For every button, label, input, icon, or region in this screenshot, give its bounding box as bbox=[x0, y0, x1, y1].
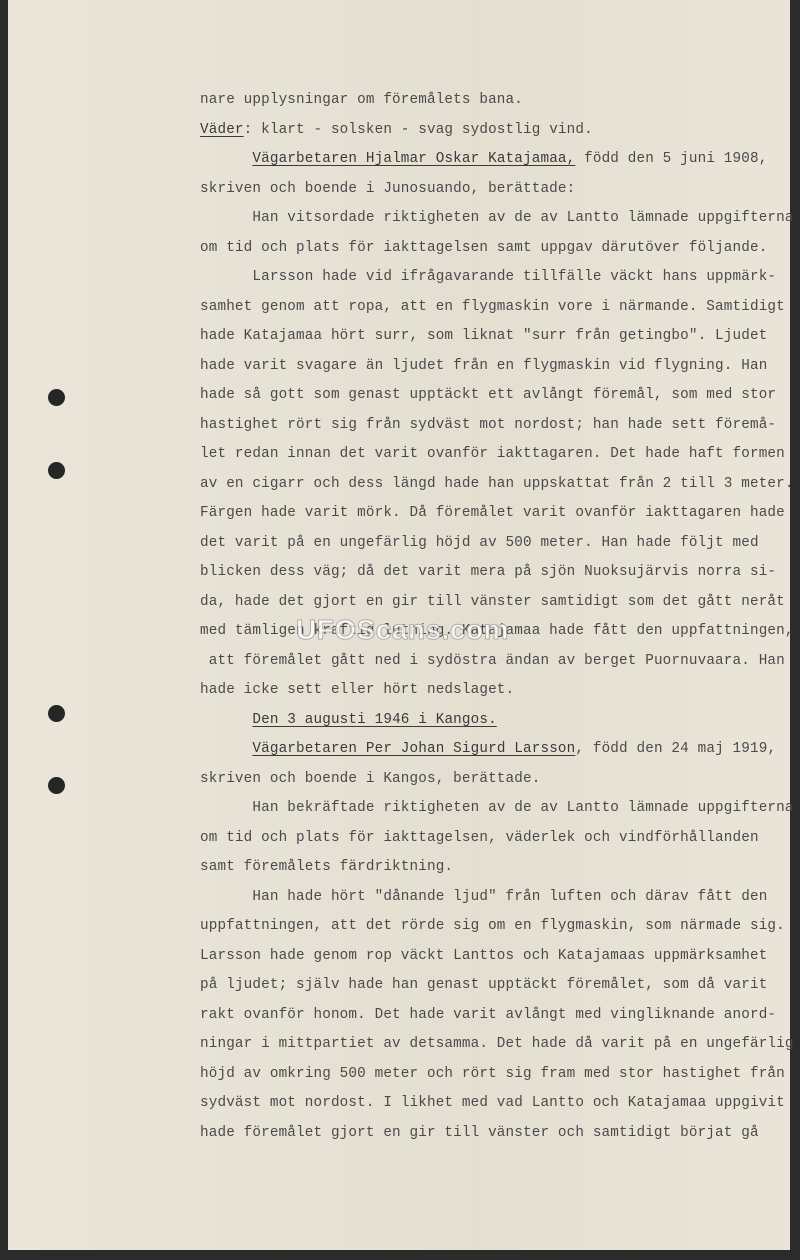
punch-hole-icon bbox=[48, 389, 65, 406]
underlined-heading: Väder bbox=[200, 122, 244, 138]
text-segment: hade icke sett eller hört nedslaget. bbox=[200, 682, 514, 698]
text-line: Väder: klart - solsken - svag sydostlig … bbox=[200, 116, 800, 146]
text-segment: hastighet rört sig från sydväst mot nord… bbox=[200, 417, 776, 433]
text-segment: da, hade det gjort en gir till vänster s… bbox=[200, 594, 785, 610]
text-line: det varit på en ungefärlig höjd av 500 m… bbox=[200, 529, 800, 559]
text-line: Han bekräftade riktigheten av de av Lant… bbox=[200, 794, 800, 824]
text-line: Vägarbetaren Hjalmar Oskar Katajamaa, fö… bbox=[200, 145, 800, 175]
text-line: Den 3 augusti 1946 i Kangos. bbox=[200, 706, 800, 736]
text-segment: sydväst mot nordost. I likhet med vad La… bbox=[200, 1095, 785, 1111]
text-line: rakt ovanför honom. Det hade varit avlån… bbox=[200, 1001, 800, 1031]
text-segment: ningar i mittpartiet av detsamma. Det ha… bbox=[200, 1036, 794, 1052]
text-line: Vägarbetaren Per Johan Sigurd Larsson, f… bbox=[200, 735, 800, 765]
punch-hole-icon bbox=[48, 705, 65, 722]
punch-hole-icon bbox=[48, 777, 65, 794]
text-line: att föremålet gått ned i sydöstra ändan … bbox=[200, 647, 800, 677]
text-line: Larsson hade genom rop väckt Lanttos och… bbox=[200, 942, 800, 972]
text-segment: rakt ovanför honom. Det hade varit avlån… bbox=[200, 1007, 776, 1023]
text-segment: om tid och plats för iakttagelsen, väder… bbox=[200, 830, 759, 846]
underlined-heading: Vägarbetaren Per Johan Sigurd Larsson bbox=[252, 741, 575, 757]
watermark: UFOScans.com bbox=[296, 614, 509, 646]
text-segment: Färgen hade varit mörk. Då föremålet var… bbox=[200, 505, 785, 521]
text-line: samt föremålets färdriktning. bbox=[200, 853, 800, 883]
text-segment: samhet genom att ropa, att en flygmaskin… bbox=[200, 299, 785, 315]
text-segment: hade föremålet gjort en gir till vänster… bbox=[200, 1125, 759, 1141]
text-segment: : klart - solsken - svag sydostlig vind. bbox=[244, 122, 593, 138]
text-line: hade föremålet gjort en gir till vänster… bbox=[200, 1119, 800, 1149]
underlined-heading: Den 3 augusti 1946 i Kangos. bbox=[252, 712, 496, 728]
text-segment: uppfattningen, att det rörde sig om en f… bbox=[200, 918, 785, 934]
text-segment: Han hade hört "dånande ljud" från luften… bbox=[252, 889, 767, 905]
text-segment: let redan innan det varit ovanför iaktta… bbox=[200, 446, 785, 462]
text-line: skriven och boende i Junosuando, berätta… bbox=[200, 175, 800, 205]
text-line: uppfattningen, att det rörde sig om en f… bbox=[200, 912, 800, 942]
text-segment: hade varit svagare än ljudet från en fly… bbox=[200, 358, 767, 374]
text-line: hade varit svagare än ljudet från en fly… bbox=[200, 352, 800, 382]
text-line: höjd av omkring 500 meter och rört sig f… bbox=[200, 1060, 800, 1090]
text-line: på ljudet; själv hade han genast upptäck… bbox=[200, 971, 800, 1001]
text-segment: om tid och plats för iakttagelsen samt u… bbox=[200, 240, 767, 256]
text-line: nare upplysningar om föremålets bana. bbox=[200, 86, 800, 116]
text-line: Larsson hade vid ifrågavarande tillfälle… bbox=[200, 263, 800, 293]
text-segment: skriven och boende i Junosuando, berätta… bbox=[200, 181, 575, 197]
text-segment: nare upplysningar om föremålets bana. bbox=[200, 92, 523, 108]
text-segment: hade Katajamaa hört surr, som liknat "su… bbox=[200, 328, 767, 344]
text-line: hastighet rört sig från sydväst mot nord… bbox=[200, 411, 800, 441]
text-line: Han hade hört "dånande ljud" från luften… bbox=[200, 883, 800, 913]
underlined-heading: Vägarbetaren Hjalmar Oskar Katajamaa, bbox=[252, 151, 575, 167]
text-line: om tid och plats för iakttagelsen samt u… bbox=[200, 234, 800, 264]
text-segment: det varit på en ungefärlig höjd av 500 m… bbox=[200, 535, 759, 551]
text-line: om tid och plats för iakttagelsen, väder… bbox=[200, 824, 800, 854]
text-line: da, hade det gjort en gir till vänster s… bbox=[200, 588, 800, 618]
text-segment: samt föremålets färdriktning. bbox=[200, 859, 453, 875]
text-segment: Han bekräftade riktigheten av de av Lant… bbox=[252, 800, 793, 816]
text-line: ningar i mittpartiet av detsamma. Det ha… bbox=[200, 1030, 800, 1060]
text-segment: blicken dess väg; då det varit mera på s… bbox=[200, 564, 776, 580]
text-segment: höjd av omkring 500 meter och rört sig f… bbox=[200, 1066, 785, 1082]
text-segment: att föremålet gått ned i sydöstra ändan … bbox=[209, 653, 785, 669]
text-line: Han vitsordade riktigheten av de av Lant… bbox=[200, 204, 800, 234]
text-segment: hade så gott som genast upptäckt ett avl… bbox=[200, 387, 776, 403]
text-segment: Larsson hade vid ifrågavarande tillfälle… bbox=[252, 269, 776, 285]
text-segment: av en cigarr och dess längd hade han upp… bbox=[200, 476, 794, 492]
text-line: skriven och boende i Kangos, berättade. bbox=[200, 765, 800, 795]
text-line: let redan innan det varit ovanför iaktta… bbox=[200, 440, 800, 470]
text-segment: född den 5 juni 1908, bbox=[575, 151, 767, 167]
text-segment: skriven och boende i Kangos, berättade. bbox=[200, 771, 540, 787]
text-line: blicken dess väg; då det varit mera på s… bbox=[200, 558, 800, 588]
text-line: hade Katajamaa hört surr, som liknat "su… bbox=[200, 322, 800, 352]
text-line: Färgen hade varit mörk. Då föremålet var… bbox=[200, 499, 800, 529]
text-line: samhet genom att ropa, att en flygmaskin… bbox=[200, 293, 800, 323]
punch-hole-icon bbox=[48, 462, 65, 479]
text-line: sydväst mot nordost. I likhet med vad La… bbox=[200, 1089, 800, 1119]
text-line: hade så gott som genast upptäckt ett avl… bbox=[200, 381, 800, 411]
text-segment: Han vitsordade riktigheten av de av Lant… bbox=[252, 210, 793, 226]
text-segment: på ljudet; själv hade han genast upptäck… bbox=[200, 977, 767, 993]
text-line: av en cigarr och dess längd hade han upp… bbox=[200, 470, 800, 500]
text-segment: , född den 24 maj 1919, bbox=[575, 741, 776, 757]
text-segment: Larsson hade genom rop väckt Lanttos och… bbox=[200, 948, 767, 964]
text-line: hade icke sett eller hört nedslaget. bbox=[200, 676, 800, 706]
